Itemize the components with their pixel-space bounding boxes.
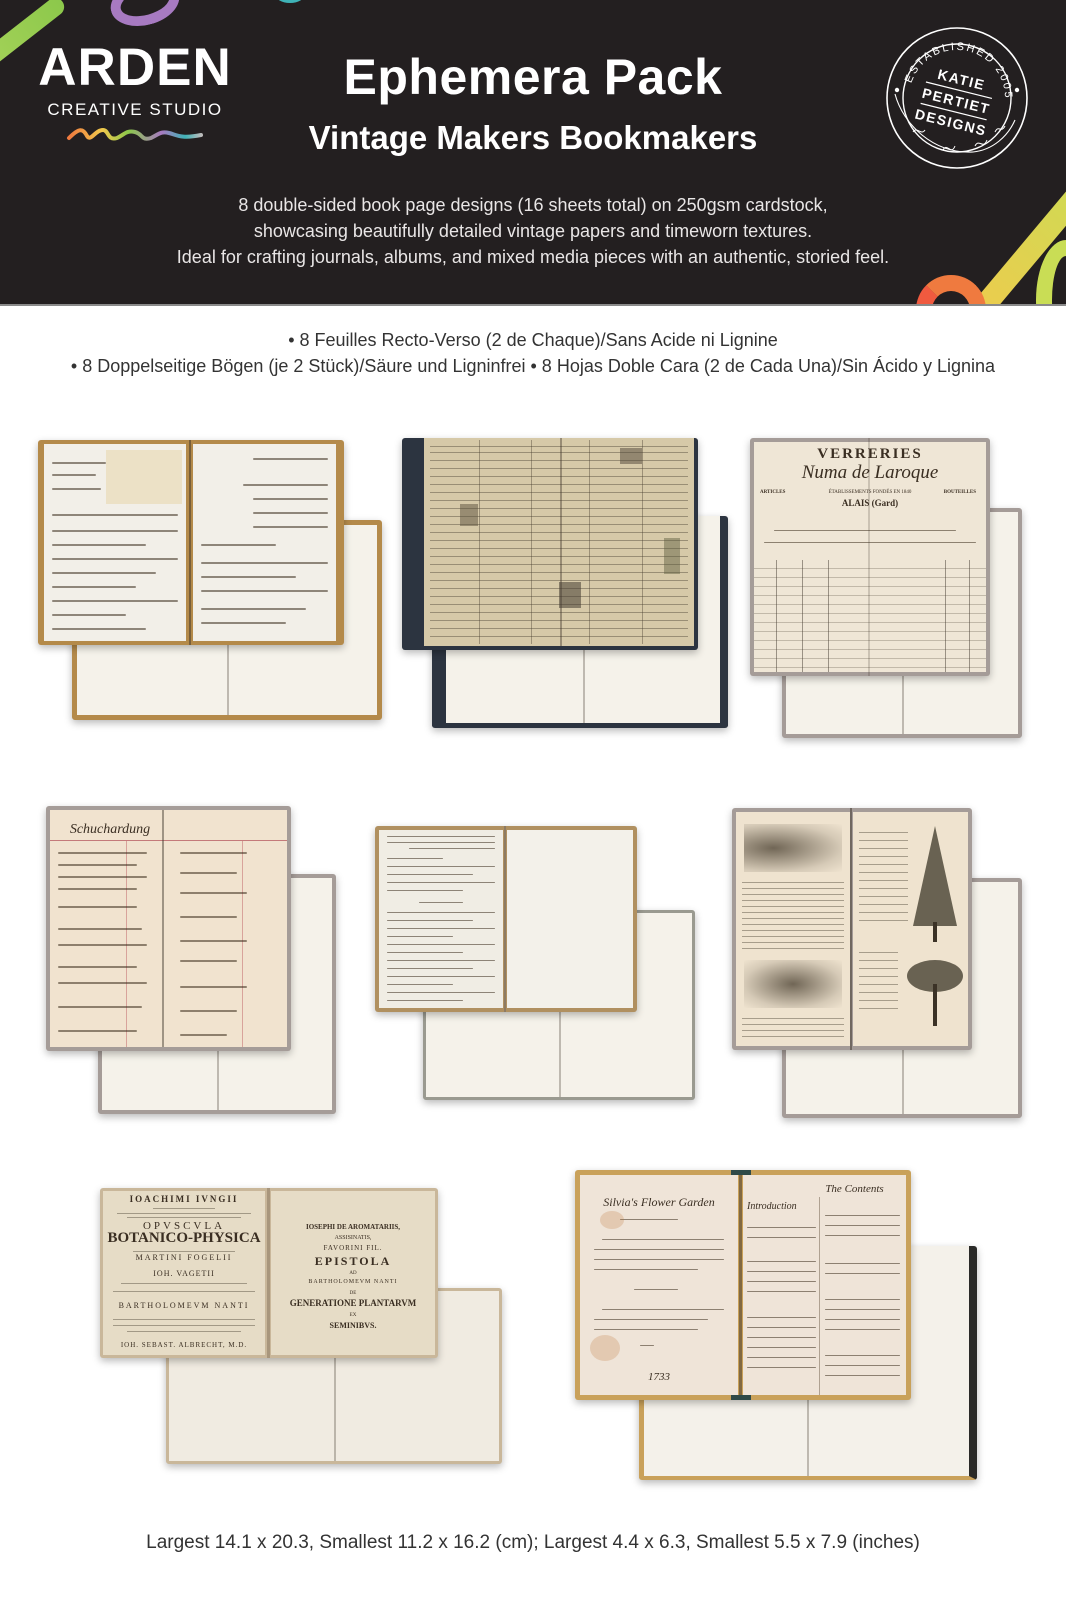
orange-swoosh-decoration xyxy=(916,275,986,306)
product-description: 8 double-sided book page designs (16 she… xyxy=(100,192,966,270)
brand-name: ARDEN xyxy=(30,42,240,94)
size-specifications: Largest 14.1 x 20.3, Smallest 11.2 x 16.… xyxy=(0,1532,1066,1554)
book-design-2 xyxy=(396,434,736,734)
invoice-bouteilles: BOUTEILLES xyxy=(944,490,976,495)
epistola-ex: EX xyxy=(271,1313,435,1318)
book-design-3: VERRERIES Numa de Laroque ÉTABLISSEMENTS… xyxy=(750,438,1035,743)
product-subtitle: Vintage Makers Bookmakers xyxy=(250,118,816,158)
description-line-1: 8 double-sided book page designs (16 she… xyxy=(100,192,966,218)
brand-logo: ARDEN CREATIVE STUDIO xyxy=(30,42,240,144)
latin-author: IOACHIMI IVNGII xyxy=(103,1194,265,1204)
contents-title: The Contents xyxy=(803,1183,906,1195)
epistola-de: DE xyxy=(271,1291,435,1296)
garden-year: 1733 xyxy=(580,1371,738,1383)
ledger-heading: Schuchardung xyxy=(60,822,160,838)
garden-title: Silvia's Flower Garden xyxy=(580,1195,738,1210)
ledger-accounts-front-sheet: Schuchardung xyxy=(46,806,291,1051)
epistola-ad: AD xyxy=(271,1271,435,1276)
rainbow-squiggle-icon xyxy=(65,126,205,144)
book-design-4: Schuchardung xyxy=(46,806,346,1121)
latin-title-front-sheet: IOACHIMI IVNGII OPVSCVLA BOTANICO-PHYSIC… xyxy=(100,1188,438,1358)
invoice-city: ALAIS (Gard) xyxy=(754,498,986,508)
invoice-verreries: VERRERIES xyxy=(754,446,986,463)
book-design-6 xyxy=(732,808,1032,1123)
product-title: Ephemera Pack xyxy=(250,48,816,106)
german-spanish-spec-line: • 8 Doppelseitige Bögen (je 2 Stück)/Säu… xyxy=(20,356,1046,377)
svg-text:ESTABLISHED 2005: ESTABLISHED 2005 xyxy=(902,34,1021,102)
book-design-1 xyxy=(38,440,388,725)
book-design-8: Silvia's Flower Garden 1733 The Contents… xyxy=(575,1166,985,1486)
contents-introduction: Introduction xyxy=(747,1201,797,1212)
dictionary-front-sheet xyxy=(402,438,698,650)
flower-garden-front-sheet: Silvia's Flower Garden 1733 The Contents… xyxy=(575,1170,911,1400)
latin-albrecht: IOH. SEBAST. ALBRECHT, M.D. xyxy=(103,1341,265,1349)
latin-botanico-physica: BOTANICO-PHYSICA xyxy=(103,1230,265,1247)
invoice-front-sheet: VERRERIES Numa de Laroque ÉTABLISSEMENTS… xyxy=(750,438,990,676)
epistola-assisinatis: ASSISINATIS, xyxy=(271,1235,435,1241)
epistola-title: EPISTOLA xyxy=(271,1254,435,1269)
tree-illustration-icon xyxy=(905,826,965,1036)
latin-vagetii: IOH. VAGETII xyxy=(103,1269,265,1278)
katie-pertiet-designs-stamp-icon: ESTABLISHED 2005 KATIE PERTIET DESIGNS xyxy=(883,24,1031,172)
epistola-generatione: GENERATIONE PLANTARVM xyxy=(271,1298,435,1308)
book-design-7: IOACHIMI IVNGII OPVSCVLA BOTANICO-PHYSIC… xyxy=(100,1188,510,1468)
stamp-arc-text: ESTABLISHED 2005 xyxy=(902,34,1021,102)
brand-tagline: CREATIVE STUDIO xyxy=(30,100,240,120)
epistola-author: IOSEPHI DE AROMATARIIS, xyxy=(271,1223,435,1231)
teal-swoosh-decoration xyxy=(275,0,305,3)
purple-swoosh-decoration xyxy=(105,0,184,33)
description-line-2: showcasing beautifully detailed vintage … xyxy=(100,218,966,244)
invoice-company-name: Numa de Laroque xyxy=(754,462,986,484)
botanical-front-sheet xyxy=(732,808,972,1050)
ledger-front-sheet xyxy=(38,440,344,645)
book-design-5 xyxy=(375,826,705,1126)
header-banner: ARDEN CREATIVE STUDIO Ephemera Pack Vint… xyxy=(0,0,1066,306)
description-line-3: Ideal for crafting journals, albums, and… xyxy=(100,244,966,270)
latin-nanti: BARTHOLOMEVM NANTI xyxy=(103,1301,265,1310)
latin-fogelii: MARTINI FOGELII xyxy=(103,1253,265,1262)
epistola-nanti: BARTHOLOMEVM NANTI xyxy=(271,1279,435,1285)
worn-notebook-front-sheet xyxy=(375,826,637,1012)
epistola-favorini: FAVORINI FIL. xyxy=(271,1244,435,1252)
epistola-seminibus: SEMINIBVS. xyxy=(271,1321,435,1330)
french-spec-line: • 8 Feuilles Recto-Verso (2 de Chaque)/S… xyxy=(20,330,1046,351)
invoice-articles: ARTICLES xyxy=(760,490,785,495)
